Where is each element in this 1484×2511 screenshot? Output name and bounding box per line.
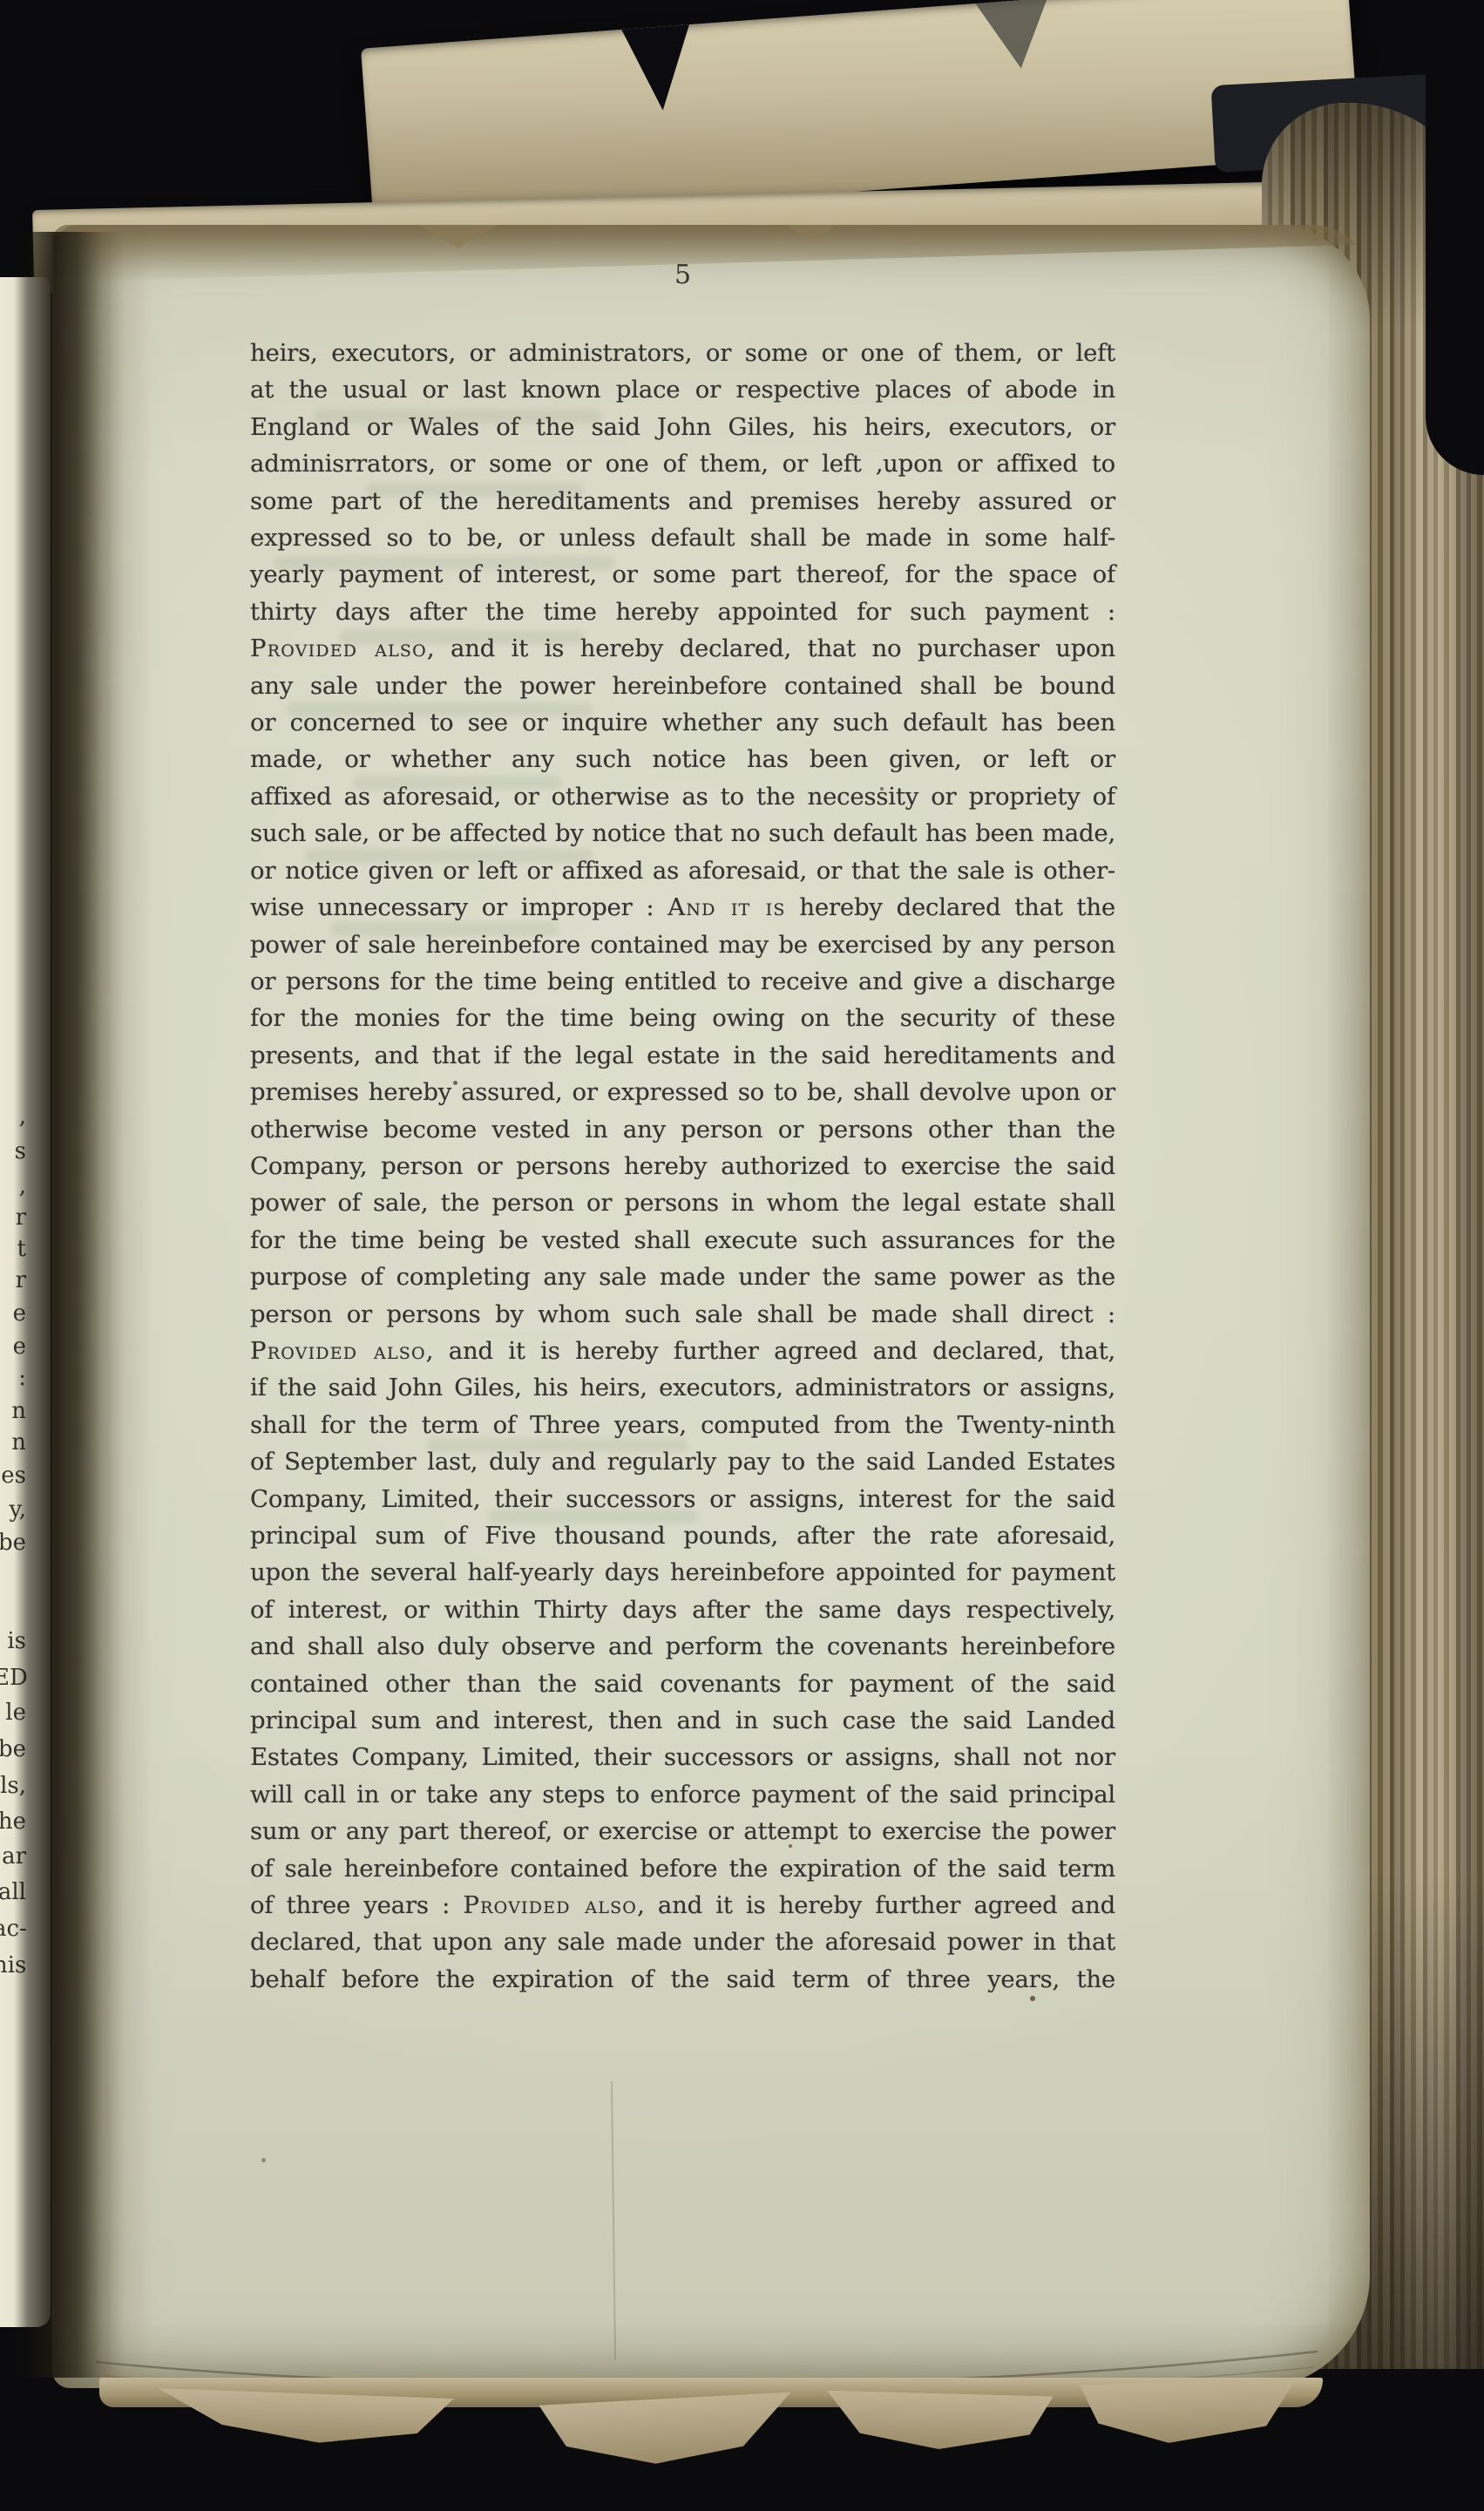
- document-page: 5 heirs, executors, or administrators, o…: [52, 225, 1370, 2388]
- background-corner: [1426, 0, 1484, 475]
- crease-lines: [52, 225, 1370, 2388]
- book-scan: ,s,rtree:nnesy,beisEDlebels,hearallac-hi…: [0, 0, 1484, 2511]
- torn-bottom-fragment: [156, 2388, 454, 2447]
- gutter-shadow: [14, 232, 152, 2378]
- tear-notch: [621, 24, 695, 112]
- tear-notch: [969, 0, 1052, 71]
- torn-bottom-fragment: [1080, 2378, 1299, 2447]
- torn-bottom-fragment: [539, 2392, 794, 2469]
- torn-bottom-fragment: [825, 2391, 1054, 2453]
